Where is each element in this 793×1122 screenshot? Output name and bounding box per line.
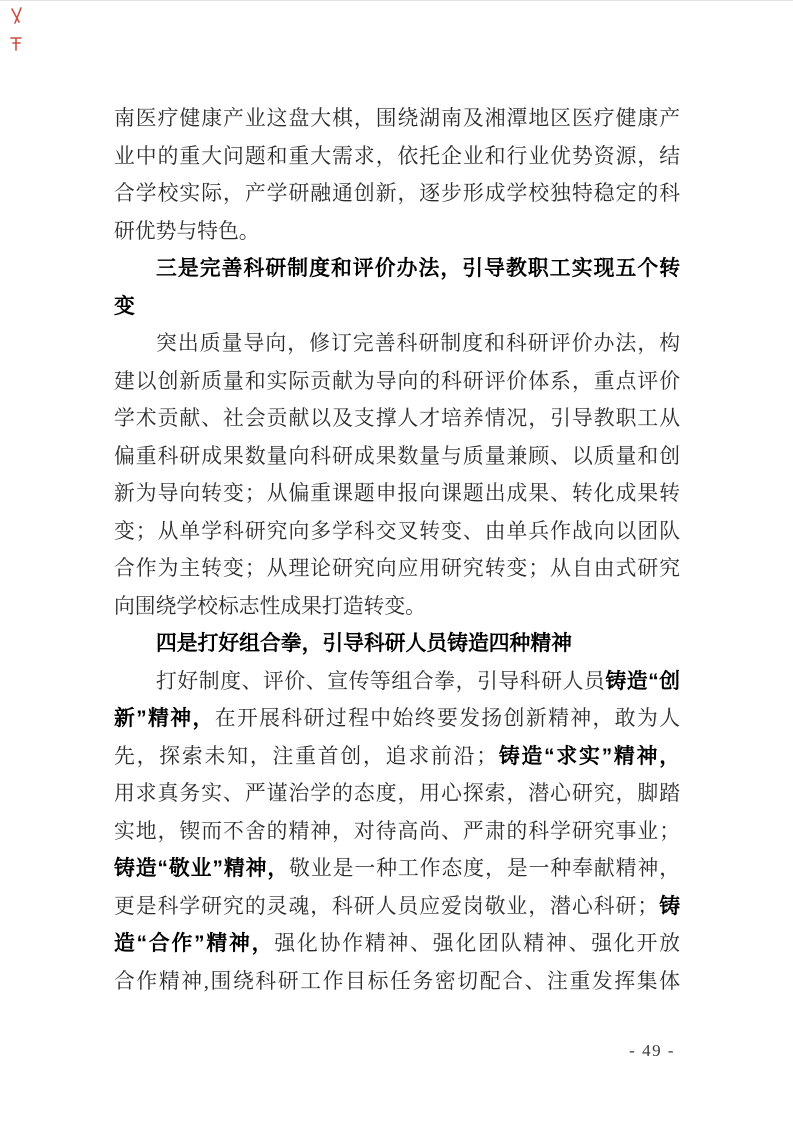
body-line: 变；从单学科研究向多学科交叉转变、由单兵作战向以团队 [114, 513, 680, 551]
emphasis-text: 三是完善科研制度和评价办法，引导教职工实现五个转 [156, 257, 680, 280]
heading-line: 变 [114, 288, 680, 326]
body-text: 先，探索未知，注重首创，追求前沿； [114, 745, 497, 768]
body-text: 实地，锲而不舍的精神，对待高尚、严肃的科学研究事业； [114, 820, 680, 843]
body-line: 南医疗健康产业这盘大棋，围绕湖南及湘潭地区医疗健康产 [114, 100, 680, 138]
body-line: 造“合作”精神，强化协作精神、强化团队精神、强化开放 [114, 925, 680, 963]
body-text: 变；从单学科研究向多学科交叉转变、由单兵作战向以团队 [114, 520, 680, 543]
heading-line: 四是打好组合拳，引导科研人员铸造四种精神 [114, 625, 680, 663]
emphasis-text: 变 [114, 295, 135, 318]
body-text: 突出质量导向，修订完善科研制度和科研评价办法，构 [156, 332, 680, 355]
document-body: 南医疗健康产业这盘大棋，围绕湖南及湘潭地区医疗健康产业中的重大问题和重大需求，依… [114, 100, 680, 1000]
body-text: 建以创新质量和实际贡献为导向的科研评价体系，重点评价 [114, 370, 680, 393]
body-line: 新为导向转变；从偏重课题申报向课题出成果、转化成果转 [114, 475, 680, 513]
body-text: 合学校实际，产学研融通创新，逐步形成学校独特稳定的科 [114, 182, 680, 205]
body-text: 新为导向转变；从偏重课题申报向课题出成果、转化成果转 [114, 482, 680, 505]
body-text: 敬业是一种工作态度，是一种奉献精神， [289, 857, 680, 880]
body-line: 业中的重大问题和重大需求，依托企业和行业优势资源，结 [114, 138, 680, 176]
emphasis-text: 新”精神， [114, 707, 215, 730]
body-line: 研优势与特色。 [114, 213, 680, 251]
red-annotation-mark-icon [9, 6, 24, 25]
body-line: 合学校实际，产学研融通创新，逐步形成学校独特稳定的科 [114, 175, 680, 213]
body-text: 业中的重大问题和重大需求，依托企业和行业优势资源，结 [114, 145, 680, 168]
emphasis-text: 铸造“创 [605, 670, 680, 693]
body-text: 用求真务实、严谨治学的态度，用心探索，潜心研究，脚踏 [114, 782, 680, 805]
body-text: 更是科学研究的灵魂，科研人员应爱岗敬业，潜心科研； [114, 895, 658, 918]
body-line: 偏重科研成果数量向科研成果数量与质量兼顾、以质量和创 [114, 438, 680, 476]
body-line: 建以创新质量和实际贡献为导向的科研评价体系，重点评价 [114, 363, 680, 401]
body-text: 在开展科研过程中始终要发扬创新精神，敢为人 [215, 707, 680, 730]
body-text: 合作精神,围绕科研工作目标任务密切配合、注重发挥集体 [114, 970, 680, 993]
emphasis-text: 四是打好组合拳，引导科研人员铸造四种精神 [156, 632, 572, 655]
emphasis-text: 铸造“求实”精神， [497, 745, 680, 768]
heading-line: 三是完善科研制度和评价办法，引导教职工实现五个转 [114, 250, 680, 288]
emphasis-text: 造“合作”精神， [114, 932, 274, 955]
red-annotation-marks [9, 6, 24, 53]
body-line: 打好制度、评价、宣传等组合拳，引导科研人员铸造“创 [114, 663, 680, 701]
body-text: 南医疗健康产业这盘大棋，围绕湖南及湘潭地区医疗健康产 [114, 107, 680, 130]
emphasis-text: 铸造“敬业”精神， [114, 857, 289, 880]
body-line: 实地，锲而不舍的精神，对待高尚、严肃的科学研究事业； [114, 813, 680, 851]
body-line: 学术贡献、社会贡献以及支撑人才培养情况，引导教职工从 [114, 400, 680, 438]
body-text: 打好制度、评价、宣传等组合拳，引导科研人员 [156, 670, 605, 693]
body-line: 突出质量导向，修订完善科研制度和科研评价办法，构 [114, 325, 680, 363]
body-line: 用求真务实、严谨治学的态度，用心探索，潜心研究，脚踏 [114, 775, 680, 813]
body-line: 合作精神,围绕科研工作目标任务密切配合、注重发挥集体 [114, 963, 680, 1001]
body-line: 向围绕学校标志性成果打造转变。 [114, 588, 680, 626]
body-text: 偏重科研成果数量向科研成果数量与质量兼顾、以质量和创 [114, 445, 680, 468]
body-line: 合作为主转变；从理论研究向应用研究转变；从自由式研究 [114, 550, 680, 588]
red-annotation-mark-icon [9, 34, 24, 53]
body-line: 新”精神，在开展科研过程中始终要发扬创新精神，敢为人 [114, 700, 680, 738]
page-number: - 49 - [629, 1041, 675, 1061]
body-line: 先，探索未知，注重首创，追求前沿；铸造“求实”精神， [114, 738, 680, 776]
body-line: 铸造“敬业”精神，敬业是一种工作态度，是一种奉献精神， [114, 850, 680, 888]
emphasis-text: 铸 [658, 895, 680, 918]
document-page: 南医疗健康产业这盘大棋，围绕湖南及湘潭地区医疗健康产业中的重大问题和重大需求，依… [0, 0, 793, 1122]
body-text: 学术贡献、社会贡献以及支撑人才培养情况，引导教职工从 [114, 407, 680, 430]
body-text: 研优势与特色。 [114, 220, 260, 243]
body-text: 强化协作精神、强化团队精神、强化开放 [274, 932, 680, 955]
body-text: 向围绕学校标志性成果打造转变。 [114, 595, 426, 618]
body-text: 合作为主转变；从理论研究向应用研究转变；从自由式研究 [114, 557, 680, 580]
body-line: 更是科学研究的灵魂，科研人员应爱岗敬业，潜心科研；铸 [114, 888, 680, 926]
